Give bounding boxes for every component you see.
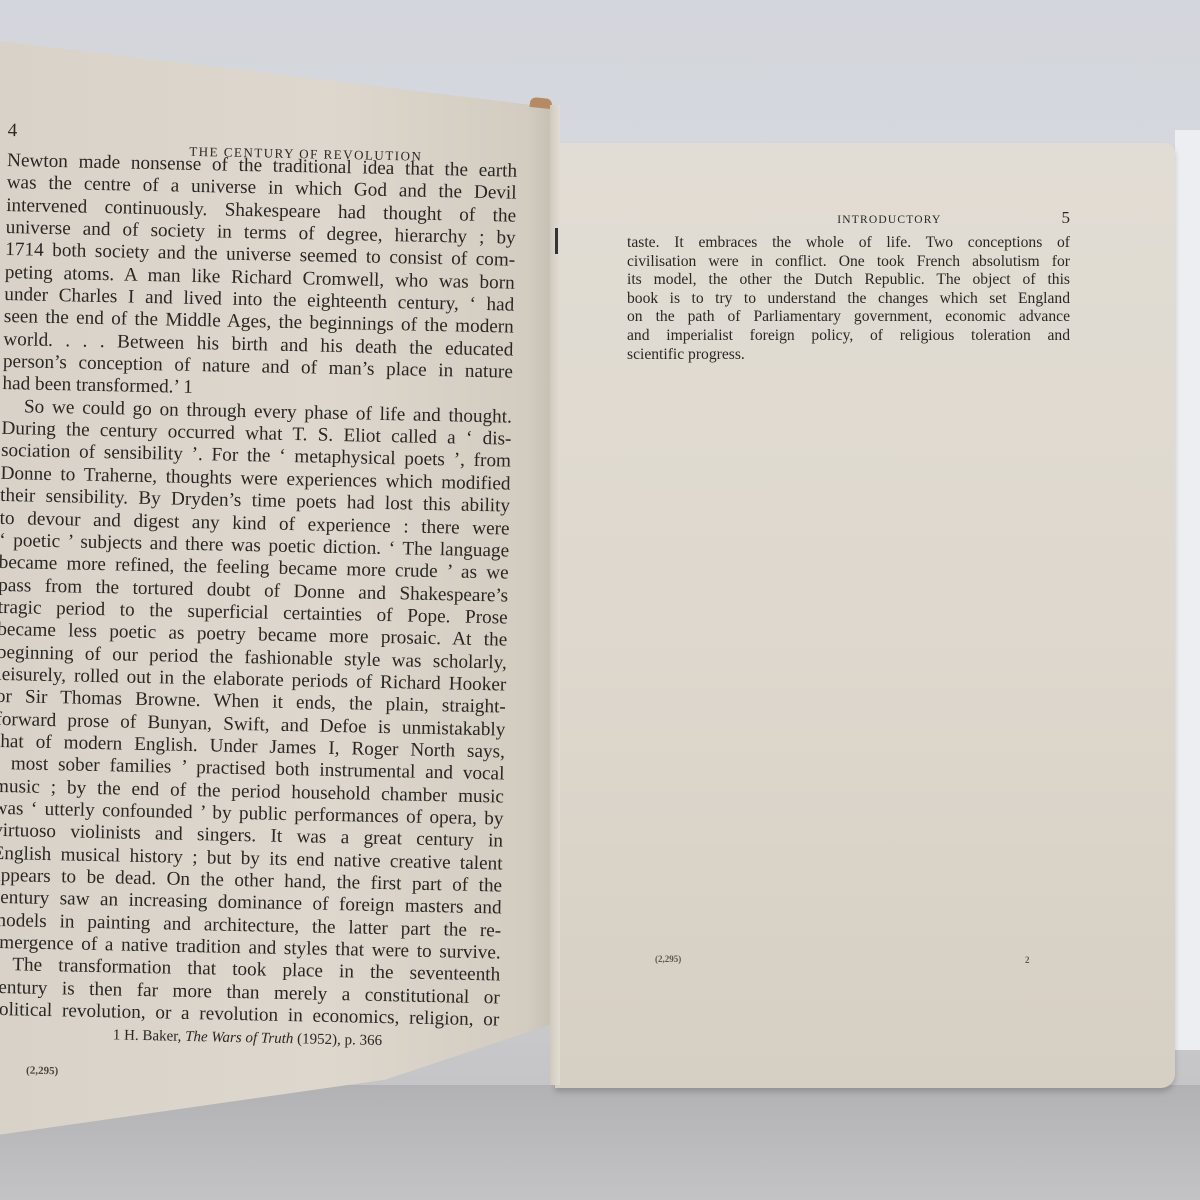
sheet-number: 2 bbox=[1025, 955, 1030, 965]
left-page-number: 4 bbox=[8, 120, 18, 142]
text-line: book is to try to understand the changes… bbox=[627, 290, 1070, 309]
right-page-number: 5 bbox=[1062, 208, 1071, 228]
gutter-mark bbox=[555, 228, 558, 254]
footnote-author: H. Baker, bbox=[124, 1028, 182, 1045]
text-line: civilisation were in conflict. One took … bbox=[627, 253, 1070, 272]
left-body: Newton made nonsense of the traditional … bbox=[0, 150, 517, 1032]
right-page-text: INTRODUCTORY 5 taste. It embraces the wh… bbox=[627, 208, 1070, 364]
footnote-citation: (1952), p. 366 bbox=[297, 1032, 382, 1050]
right-running-title: INTRODUCTORY bbox=[837, 214, 941, 226]
right-body: taste. It embraces the whole of life. Tw… bbox=[627, 234, 1070, 364]
text-line: and imperialist foreign policy, of relig… bbox=[627, 327, 1070, 346]
left-page-text: 4 THE CENTURY OF REVOLUTION Newton made … bbox=[0, 120, 518, 1087]
text-line: on the path of Parliamentary government,… bbox=[627, 308, 1070, 327]
text-line: its model, the other the Dutch Republic.… bbox=[627, 271, 1070, 290]
footnote-title: The Wars of Truth bbox=[185, 1029, 294, 1047]
text-line: scientific progress. bbox=[627, 346, 1070, 365]
text-line: taste. It embraces the whole of life. Tw… bbox=[627, 234, 1070, 253]
footnote-marker: 1 bbox=[113, 1028, 121, 1044]
right-signature-mark: (2,295) bbox=[655, 954, 681, 964]
background-object bbox=[1175, 130, 1200, 1050]
right-running-head: INTRODUCTORY 5 bbox=[627, 208, 1070, 234]
